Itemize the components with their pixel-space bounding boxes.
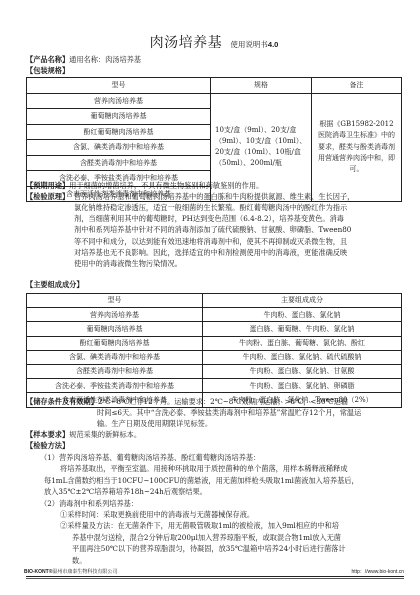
method-item-1-line: 放入35℃±2℃培养箱培养18h~24h后观察结果。 (44, 486, 207, 497)
method-item-2-line: ②采样量及方法：在无菌条件下，用无菌吸管吸取1ml的被检液，加入9ml相应的中和… (60, 520, 339, 531)
header-note: 备注 (312, 78, 402, 94)
intended-use-section: 【预期用途】用于细菌的增菌培养，不具有微生物鉴别和药敏鉴别的作用。 (26, 180, 263, 191)
sample-section: 【样本要求】规范采集的新鲜标本。 (26, 429, 141, 440)
note-cell: 根据《GB15982-2012医院消毒卫生标准》中的要求，醛类与酚类消毒剂用营通… (312, 93, 402, 202)
principle-text: 营养肉汤培养基和葡萄糖肉汤培养基中的蛋白胨和牛肉粉提供氮源、维生素、生长因子， … (74, 191, 404, 269)
table-row: 营养肉汤培养基牛肉粉、蛋白胨、氯化钠 (27, 308, 402, 322)
method-item-2-line: ①采样时间：采取更换前使用中的消毒液与无菌器械保存液。 (60, 509, 254, 520)
storage-line-3: 输。生产日期及使用期限详见标签。 (97, 418, 212, 429)
product-name-label: 【产品名称】 (26, 55, 69, 64)
method-item-2-line: 平皿再注50℃以下的营养琼脂混匀，待凝固，放35℃温箱中培养24小时后进行菌落计 (72, 543, 346, 554)
header-model: 型号 (27, 78, 211, 94)
storage-section: 【储存条件及有效期】2℃~8℃贮存12个月。运输要求：2℃~8℃效期内运输；>8… (26, 396, 348, 407)
storage-line-2: 时间≤6天。其中“含洗必泰、季铵盐类消毒剂中和培养基”常温贮存12个月，常温运 (97, 407, 361, 418)
table-row: 酚红葡萄糖肉汤培养基牛肉粉、蛋白胨、葡萄糖、氯化钠、酚红 (27, 336, 402, 350)
document-title: 肉汤培养基 使用说明书4.0 (26, 33, 402, 55)
table-header-row: 型号 主要组成成分 (27, 294, 402, 308)
product-name-text: 通用名称：肉汤培养基 (69, 55, 141, 64)
table-row: 含洗必泰、季铵盐类消毒剂中和培养基牛肉粉、蛋白胨、氯化钠、卵磷脂 (27, 379, 402, 393)
header-spec: 规格 (211, 78, 312, 94)
footer-divider-thin (26, 578, 404, 579)
packaging-section-label: 【包装规格】 (26, 65, 69, 76)
table-row: 葡萄糖肉汤培养基蛋白胨、葡萄糖、牛肉粉、氯化钠 (27, 322, 402, 336)
table-row: 营养肉汤培养基 10支/盒（9ml）、20支/盒（9ml）、10支/盒（10ml… (27, 93, 402, 109)
brand-logo: BIO-KONT® (24, 569, 52, 575)
table-header-row: 型号 规格 备注 (27, 78, 402, 94)
table-row: 含氯、碘类消毒剂中和培养基牛肉粉、蛋白胨、氯化钠、硫代硫酸钠 (27, 350, 402, 364)
method-item-1-line: 将培养基取出，平衡至室温。用接种环挑取用于质控菌种的单个菌落，用样本稀释液稀释成 (60, 463, 348, 474)
method-item-2-line: 养基中混匀送检，混合2分钟后取200μl加入营养琼脂平板，或取混合物1ml放入无… (72, 532, 341, 543)
method-item-1-title: （1）营养肉汤培养基、葡萄糖肉汤培养基、酚红葡萄糖肉汤培养基： (40, 452, 260, 463)
table-row: 含醛类消毒剂中和培养基牛肉粉、蛋白胨、氯化钠、甘氨酸 (27, 364, 402, 378)
title-main: 肉汤培养基 (150, 35, 223, 51)
company-name: 温州市康泰生物科技有限公司 (52, 569, 117, 575)
composition-label: 【主要组成成分】 (26, 279, 84, 290)
method-item-2-line: 数。 (72, 555, 86, 566)
title-sub: 使用说明书 (230, 40, 268, 49)
method-item-1-line: 每1mL含菌数约相当于10CFU~100CFU的菌悬液，用无菌加样枪头吸取1ml… (44, 475, 359, 486)
principle-label: 【检验原理】 (26, 191, 69, 202)
product-name-section: 【产品名称】通用名称：肉汤培养基 (26, 54, 141, 65)
method-item-2-title: （2）消毒剂中和系列培养基： (40, 498, 138, 509)
composition-table: 型号 主要组成成分 营养肉汤培养基牛肉粉、蛋白胨、氯化钠 葡萄糖肉汤培养基蛋白胨… (26, 293, 402, 408)
method-label: 【检验方法】 (26, 440, 69, 451)
footer-divider (26, 576, 404, 577)
title-version: 4.0 (268, 40, 278, 49)
